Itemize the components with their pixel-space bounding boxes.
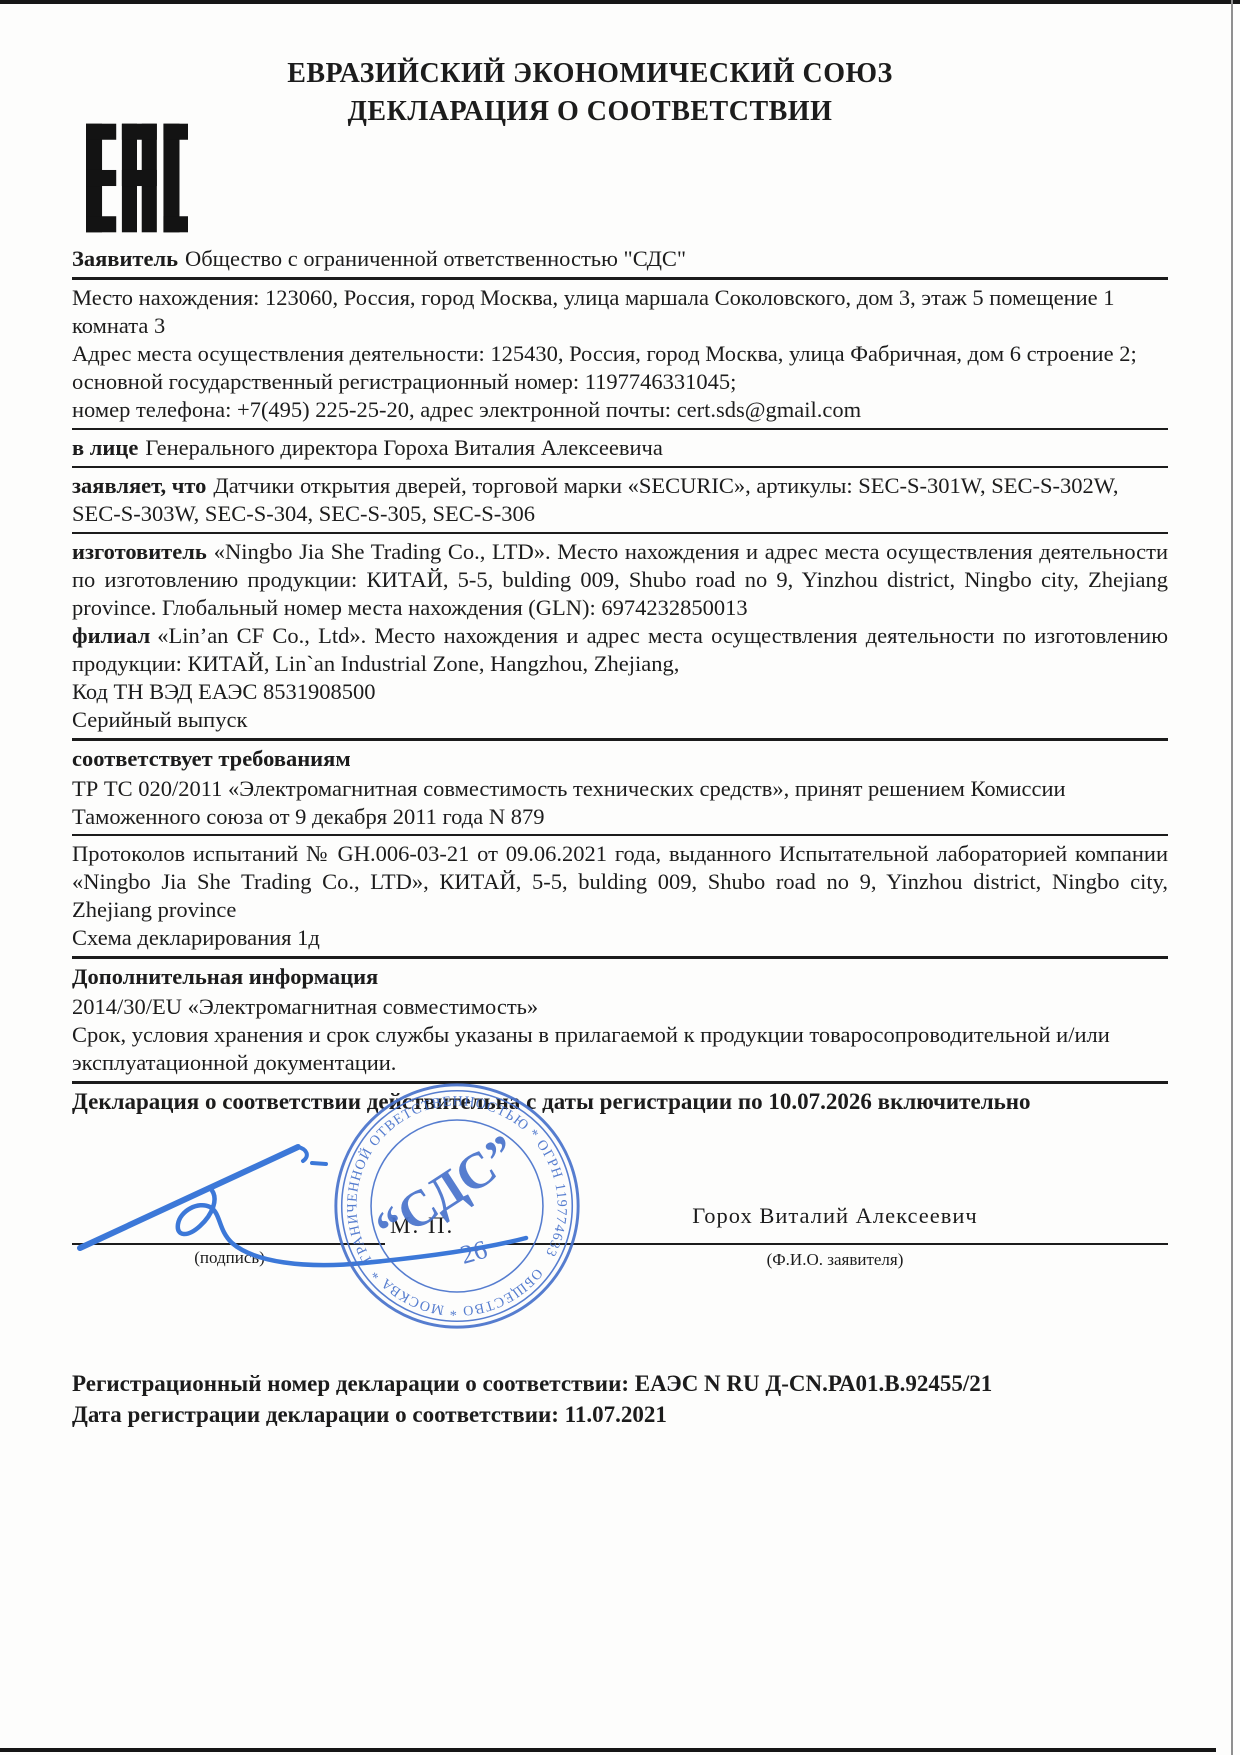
- scan-edge-bottom: [0, 1748, 1216, 1752]
- branch-line: филиал«Lin’an CF Co., Ltd». Место нахожд…: [72, 622, 1168, 678]
- applicant-value: Общество с ограниченной ответственностью…: [185, 246, 686, 271]
- divider: [72, 532, 1168, 534]
- declares-value: Датчики открытия дверей, торговой марки …: [72, 473, 1119, 526]
- declaration-document: ЕВРАЗИЙСКИЙ ЭКОНОМИЧЕСКИЙ СОЮЗ ДЕКЛАРАЦИ…: [0, 0, 1240, 1755]
- document-title: ЕВРАЗИЙСКИЙ ЭКОНОМИЧЕСКИЙ СОЮЗ ДЕКЛАРАЦИ…: [0, 55, 1180, 131]
- company-stamp: С ОГРАНИЧЕННОЙ ОТВЕТСТВЕННОСТЬЮ * ОГРН 1…: [330, 1079, 584, 1333]
- declaration-body: ЗаявительОбщество с ограниченной ответст…: [72, 245, 1168, 1116]
- serial-issue-line: Серийный выпуск: [72, 706, 1168, 734]
- manufacturer-label: изготовитель: [72, 539, 214, 564]
- in-face-value: Генерального директора Гороха Виталия Ал…: [145, 435, 662, 460]
- in-face-line: в лицеГенерального директора Гороха Вита…: [72, 434, 1168, 462]
- divider: [72, 277, 1168, 280]
- title-line-union: ЕВРАЗИЙСКИЙ ЭКОНОМИЧЕСКИЙ СОЮЗ: [0, 55, 1180, 93]
- additional-emc-line: 2014/30/EU «Электромагнитная совместимос…: [72, 993, 1168, 1021]
- phone-email-line: номер телефона: +7(495) 225-25-20, адрес…: [72, 396, 1168, 424]
- manufacturer-line: изготовитель«Ningbo Jia She Trading Co.,…: [72, 538, 1168, 622]
- signature-area: (подпись) М. П. Горох Виталий Алексеевич…: [72, 1085, 1168, 1355]
- activity-address-line: Адрес места осуществления деятельности: …: [72, 340, 1168, 396]
- declares-label: заявляет, что: [72, 473, 213, 498]
- branch-value: «Lin’an CF Co., Ltd». Место нахождения и…: [72, 623, 1168, 676]
- applicant-label: Заявитель: [72, 246, 185, 271]
- branch-label: филиал: [72, 623, 157, 648]
- divider: [72, 834, 1168, 836]
- scheme-line: Схема декларирования 1д: [72, 924, 1168, 952]
- eac-mark-icon: [86, 121, 188, 235]
- registration-footer: Регистрационный номер декларации о соотв…: [72, 1368, 1168, 1430]
- declares-line: заявляет, чтоДатчики открытия дверей, то…: [72, 472, 1168, 528]
- location-line: Место нахождения: 123060, Россия, город …: [72, 284, 1168, 340]
- protocols-line: Протоколов испытаний № GH.006-03-21 от 0…: [72, 840, 1168, 924]
- divider: [72, 1081, 1168, 1084]
- divider: [72, 428, 1168, 430]
- complies-heading: соответствует требованиям: [72, 745, 1168, 773]
- stamp-center-text: “СДС”: [366, 1124, 528, 1256]
- divider: [72, 956, 1168, 959]
- scan-edge-right: [1231, 0, 1233, 1755]
- additional-info-heading: Дополнительная информация: [72, 963, 1168, 991]
- manufacturer-value: «Ningbo Jia She Trading Co., LTD». Место…: [72, 539, 1168, 620]
- tr-ts-line: ТР ТС 020/2011 «Электромагнитная совмест…: [72, 775, 1168, 831]
- stamp-number: 26: [457, 1235, 490, 1270]
- divider: [72, 738, 1168, 741]
- scan-edge-top: [0, 0, 1240, 4]
- registration-number-line: Регистрационный номер декларации о соотв…: [72, 1368, 1168, 1399]
- applicant-line: ЗаявительОбщество с ограниченной ответст…: [72, 245, 1168, 273]
- tn-ved-line: Код ТН ВЭД ЕАЭС 8531908500: [72, 678, 1168, 706]
- additional-storage-line: Срок, условия хранения и срок службы ука…: [72, 1021, 1168, 1077]
- divider: [72, 466, 1168, 468]
- in-face-label: в лице: [72, 435, 145, 460]
- registration-date-line: Дата регистрации декларации о соответств…: [72, 1399, 1168, 1430]
